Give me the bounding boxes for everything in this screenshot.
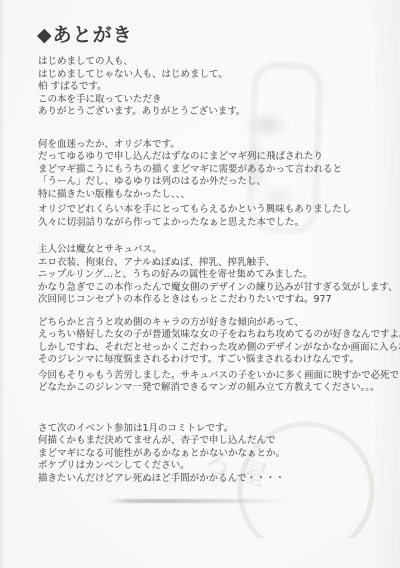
- afterword-page: ろ屋 ◆あとがき はじめましての人も、 はじめましてじゃない人も、はじめまして。…: [0, 0, 400, 568]
- paragraph-interest: オリジでどれくらい本を手にとってもらえるかという興味もありましたし 久々に切羽詰…: [38, 204, 372, 229]
- paragraph-dilemma: 今回もそりゃもう苦労しました。サキュバスの子をいかに多く画面に映すかで必死でした…: [38, 370, 372, 395]
- text-line: しかしですね、それだとせっかくこだわった攻め側のデザインがなかなか画面に入らなく…: [38, 342, 372, 355]
- text-line: ニップルリング…と、うちの好みの属性を寄せ集めてみました。: [38, 269, 372, 282]
- text-line: はじめましてじゃない人も、はじめまして。: [38, 69, 372, 82]
- text-line: 描きたいんだけどアレ死ぬほど手間がかかるんで・・・・: [38, 473, 372, 486]
- text-line: 次回同じコンセプトの本作るときはもっとこだわりたいですね。977: [38, 294, 372, 307]
- paragraph-original-book: 何を血迷ったか、オリジ本です。 だってゆるゆりで申し込んだはずなのにまどマギ列に…: [38, 139, 372, 202]
- text-line: だってゆるゆりで申し込んだはずなのにまどマギ列に飛ばされたり: [38, 151, 372, 164]
- text-line: 特に描きたい版権もなかったし、、、: [38, 189, 372, 202]
- text-line: この本を手に取っていただき: [38, 94, 372, 107]
- text-line: 主人公は魔女とサキュバス。: [38, 244, 372, 257]
- text-line: オリジでどれくらい本を手にとってもらえるかという興味もありましたし: [38, 204, 372, 217]
- text-line: 何を血迷ったか、オリジ本です。: [38, 139, 372, 152]
- text-line: エロ衣装、拘束台、アナルぬぽぬぽ、搾乳、搾乳触手、: [38, 257, 372, 270]
- text-line: 今回もそりゃもう苦労しました。サキュバスの子をいかに多く画面に映すかで必死でした…: [38, 370, 372, 383]
- text-line: 何描くかもまだ決めてませんが、杏子で申し込んだんで: [38, 435, 372, 448]
- text-line: どなたかこのジレンマ一発で解消できるマンガの組み立て方教えてください。。。: [38, 382, 372, 395]
- afterword-text: はじめましての人も、 はじめましてじゃない人も、はじめまして。 柏 すばるです。…: [38, 56, 372, 485]
- paragraph-next-event: さて次のイベント参加は1月のコミトレです。 何描くかもまだ決めてませんが、杏子で…: [38, 423, 372, 486]
- text-line: さて次のイベント参加は1月のコミトレです。: [38, 423, 372, 436]
- paragraph-protagonists: 主人公は魔女とサキュバス。 エロ衣装、拘束台、アナルぬぽぬぽ、搾乳、搾乳触手、 …: [38, 244, 372, 307]
- text-line: 「うーん」だし、ゆるゆりは列のはるか外だったし、: [38, 176, 372, 189]
- text-line: まどマギになる可能性があるかなぁとかないかなぁとか。: [38, 448, 372, 461]
- text-line: 久々に切羽詰りながら作ってよかったなぁと思えた本でした。: [38, 217, 372, 230]
- text-line: そのジレンマに毎度悩まされるわけです。すごい悩まされるわけなんです。: [38, 354, 372, 367]
- text-line: ありがとうございます。ありがとうございます。: [38, 106, 372, 119]
- paragraph-preference: どちらかと言うと攻め側のキャラの方が好きな傾向があって、 えっちい格好した女の子…: [38, 317, 372, 367]
- paragraph-greeting: はじめましての人も、 はじめましてじゃない人も、はじめまして。 柏 すばるです。…: [38, 56, 372, 119]
- scan-smudge-line: [108, 499, 288, 503]
- text-line: えっちい格好した女の子が普通気味な女の子をねちねち攻めてるのが好きなんですよ。: [38, 329, 372, 342]
- page-title: ◆あとがき: [37, 20, 133, 47]
- text-line: 柏 すばるです。: [38, 81, 372, 94]
- text-line: まどマギ描こうにもうちの描くまどマギに需要があるかって言われると: [38, 164, 372, 177]
- text-line: かなり急ぎでこの本作ったんで魔女側のデザインの練り込みが甘すぎる気がします、: [38, 282, 372, 295]
- text-line: ポケプリはカンベンしてください。: [38, 460, 372, 473]
- text-line: はじめましての人も、: [38, 56, 372, 69]
- text-line: どちらかと言うと攻め側のキャラの方が好きな傾向があって、: [38, 317, 372, 330]
